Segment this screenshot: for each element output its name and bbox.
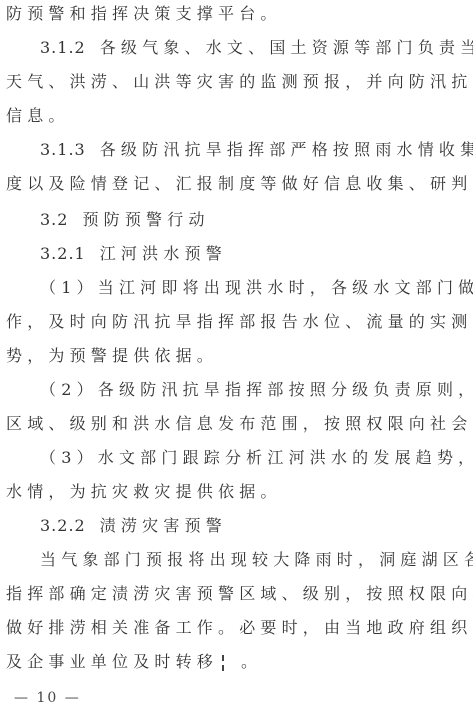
text-line: 水情，为抗灾救灾提供依据。 bbox=[6, 480, 282, 504]
text-line-last: 及企事业单位及时转移。 bbox=[6, 650, 262, 674]
paragraph-item-2: （2）各级防汛抗旱指挥部按照分级负责原则，确定洪水预警 bbox=[40, 378, 473, 402]
heading-3-2: 3.2预防预警行动 bbox=[40, 208, 210, 232]
section-number: 3.1.2 bbox=[40, 38, 86, 57]
section-3-1-2: 3.1.2各级气象、水文、国土资源等部门负责当地灾害性 bbox=[40, 36, 473, 60]
text-line: 做好排涝相关准备工作。必要时，由当地政府组织低洼地区群众 bbox=[6, 616, 473, 640]
section-number: 3.1.3 bbox=[40, 140, 86, 159]
section-number: 3.2 bbox=[40, 210, 68, 229]
paragraph-item-1: （1）当江河即将出现洪水时，各级水文部门做好洪水预报工 bbox=[40, 276, 473, 300]
text-line: 作，及时向防汛抗旱指挥部报告水位、流量的实测情况和洪水走 bbox=[6, 310, 473, 334]
paragraph: 当气象部门预报将出现较大降雨时，洞庭湖区各级防汛抗旱 bbox=[40, 548, 473, 572]
text-line: 防预警和指挥决策支撑平台。 bbox=[6, 2, 282, 26]
page-number: — 10 — bbox=[14, 688, 81, 708]
heading-text: 江河洪水预警 bbox=[100, 244, 227, 263]
text-fragment: 及企事业单位及时转移 bbox=[6, 652, 218, 671]
text-line: 天气、洪涝、山洪等灾害的监测预报，并向防汛抗旱指挥部报送 bbox=[6, 70, 473, 94]
text-line: 势，为预警提供依据。 bbox=[6, 344, 218, 368]
section-number: 3.2.2 bbox=[40, 516, 86, 535]
text-cursor-icon bbox=[222, 655, 225, 671]
paragraph-item-3: （3）水文部门跟踪分析江河洪水的发展趋势，及时预报最新 bbox=[40, 446, 473, 470]
text-line: 区域、级别和洪水信息发布范围，按照权限向社会发布。 bbox=[6, 412, 473, 436]
section-text: 各级防汛抗旱指挥部严格按照雨水情收集、汇报制 bbox=[100, 140, 473, 159]
section-text: 各级气象、水文、国土资源等部门负责当地灾害性 bbox=[100, 38, 473, 57]
text-line: 度以及险情登记、汇报制度等做好信息收集、研判、报告工作。 bbox=[6, 172, 473, 196]
section-3-1-3: 3.1.3各级防汛抗旱指挥部严格按照雨水情收集、汇报制 bbox=[40, 138, 473, 162]
text-line: 指挥部确定渍涝灾害预警区域、级别，按照权限向社会发布，并 bbox=[6, 582, 473, 606]
text-fragment: 。 bbox=[241, 652, 262, 671]
text-line: 信息。 bbox=[6, 104, 70, 128]
heading-3-2-2: 3.2.2渍涝灾害预警 bbox=[40, 514, 227, 538]
section-number: 3.2.1 bbox=[40, 244, 86, 263]
heading-3-2-1: 3.2.1江河洪水预警 bbox=[40, 242, 227, 266]
heading-text: 渍涝灾害预警 bbox=[100, 516, 227, 535]
heading-text: 预防预警行动 bbox=[82, 210, 209, 229]
